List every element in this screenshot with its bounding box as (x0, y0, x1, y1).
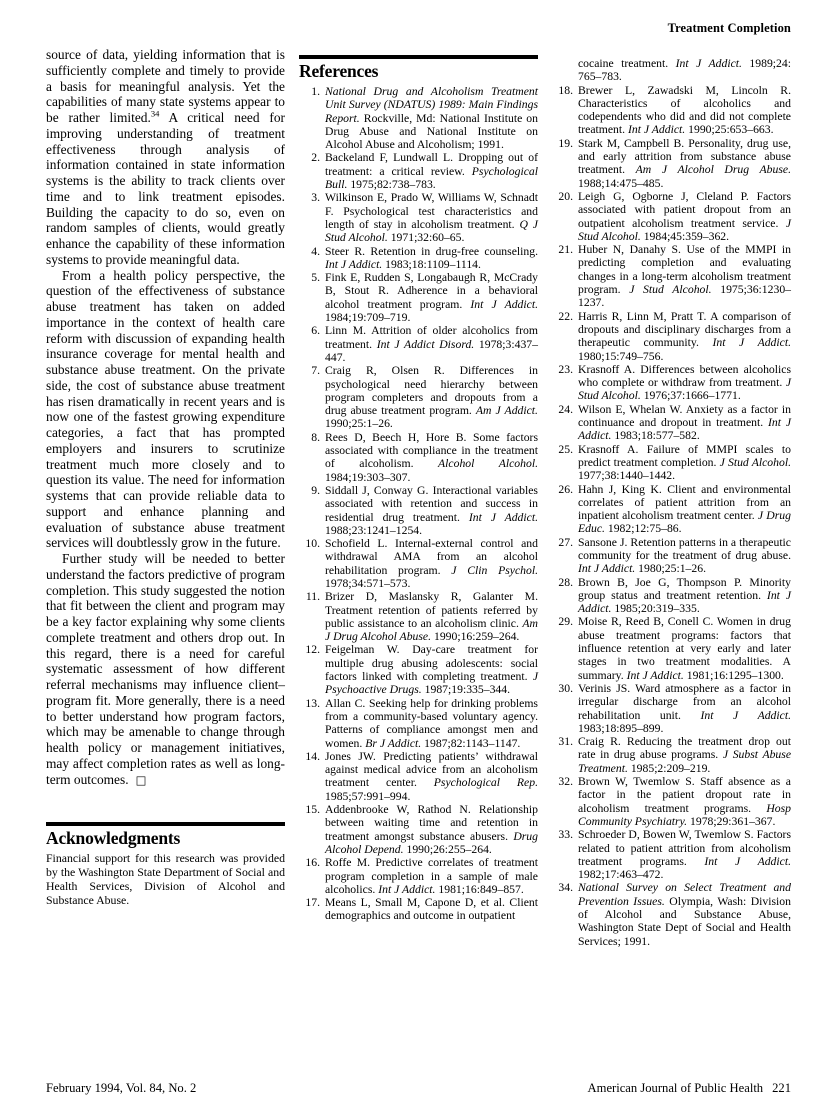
reference-number: 31. (552, 735, 573, 775)
reference-text: Leigh G, Ogborne J, Cleland P. Factors a… (578, 190, 791, 243)
reference-number: 18. (552, 84, 573, 137)
reference-item: 25.Krasnoff A. Failure of MMPI scales to… (552, 443, 791, 483)
reference-number: 30. (552, 682, 573, 735)
reference-text: Craig R. Reducing the treatment drop out… (578, 735, 791, 775)
reference-text: Rees D, Beech H, Hore B. Some factors as… (325, 431, 538, 484)
reference-item: 29.Moise R, Reed B, Conell C. Women in d… (552, 615, 791, 681)
reference-text: Brown B, Joe G, Thompson P. Minority gro… (578, 576, 791, 616)
reference-item: 28.Brown B, Joe G, Thompson P. Minority … (552, 576, 791, 616)
reference-number: 7. (299, 364, 320, 430)
reference-item: 4.Steer R. Retention in drug-free counse… (299, 245, 538, 272)
reference-item: 17.Means L, Small M, Capone D, et al. Cl… (299, 896, 538, 923)
reference-text: National Drug and Alcoholism Treatment U… (325, 85, 538, 151)
reference-text: Feigelman W. Day-care treatment for mult… (325, 643, 538, 696)
reference-item: 1.National Drug and Alcoholism Treatment… (299, 85, 538, 151)
reference-text: Siddall J, Conway G. Interactional varia… (325, 484, 538, 537)
reference-number: 9. (299, 484, 320, 537)
reference-number: 34. (552, 881, 573, 947)
reference-list-2: 18.Brewer L, Zawadski M, Lincoln R. Char… (552, 84, 791, 948)
reference-number: 2. (299, 151, 320, 191)
reference-text: Means L, Small M, Capone D, et al. Clien… (325, 896, 538, 923)
references-heading: References (299, 59, 538, 85)
reference-number: 10. (299, 537, 320, 590)
reference-text: Backeland F, Lundwall L. Dropping out of… (325, 151, 538, 191)
reference-number: 26. (552, 483, 573, 536)
reference-item: 16.Roffe M. Predictive correlates of tre… (299, 856, 538, 896)
reference-text: Brewer L, Zawadski M, Lincoln R. Charact… (578, 84, 791, 137)
reference-item: 12.Feigelman W. Day-care treatment for m… (299, 643, 538, 696)
reference-text: National Survey on Select Treatment and … (578, 881, 791, 947)
reference-text: Jones JW. Predicting patients’ withdrawa… (325, 750, 538, 803)
reference-item: 18.Brewer L, Zawadski M, Lincoln R. Char… (552, 84, 791, 137)
reference-text: Brown W, Twemlow S. Staff absence as a f… (578, 775, 791, 828)
reference-list-1: 1.National Drug and Alcoholism Treatment… (299, 85, 538, 923)
reference-item: 33.Schroeder D, Bowen W, Twemlow S. Fact… (552, 828, 791, 881)
reference-item: 23.Krasnoff A. Differences between alcoh… (552, 363, 791, 403)
acknowledgments-section: Acknowledgments Financial support for th… (46, 822, 285, 908)
article-paragraph: From a health policy perspective, the qu… (46, 268, 285, 552)
reference-text: Krasnoff A. Failure of MMPI scales to pr… (578, 443, 791, 483)
references-column-1: References 1.National Drug and Alcoholis… (299, 47, 538, 948)
reference-item: 9.Siddall J, Conway G. Interactional var… (299, 484, 538, 537)
reference-number: 1. (299, 85, 320, 151)
acknowledgments-text: Financial support for this research was … (46, 852, 285, 908)
reference-number: 6. (299, 324, 320, 364)
reference-number: 22. (552, 310, 573, 363)
reference-item: 34.National Survey on Select Treatment a… (552, 881, 791, 947)
reference-number: 32. (552, 775, 573, 828)
reference-item: 10.Schofield L. Internal-external contro… (299, 537, 538, 590)
reference-item: 19.Stark M, Campbell B. Personality, dru… (552, 137, 791, 190)
reference-item: 8.Rees D, Beech H, Hore B. Some factors … (299, 431, 538, 484)
reference-text: Harris R, Linn M, Pratt T. A comparison … (578, 310, 791, 363)
journal-page: Treatment Completion source of data, yie… (0, 0, 816, 1111)
reference-number: 16. (299, 856, 320, 896)
reference-item: 11.Brizer D, Maslansky R, Galanter M. Tr… (299, 590, 538, 643)
reference-item: 14.Jones JW. Predicting patients’ withdr… (299, 750, 538, 803)
reference-number: 3. (299, 191, 320, 244)
article-paragraph: source of data, yielding information tha… (46, 47, 285, 268)
reference-item: 5.Fink E, Rudden S, Longabaugh R, McCrad… (299, 271, 538, 324)
reference-number: 25. (552, 443, 573, 483)
reference-text: Verinis JS. Ward atmosphere as a factor … (578, 682, 791, 735)
reference-number: 11. (299, 590, 320, 643)
reference-item: 13.Allan C. Seeking help for drinking pr… (299, 697, 538, 750)
reference-text: Allan C. Seeking help for drinking probl… (325, 697, 538, 750)
footer-journal-info: American Journal of Public Health221 (588, 1081, 791, 1096)
reference-item: 31.Craig R. Reducing the treatment drop … (552, 735, 791, 775)
running-title: Treatment Completion (668, 21, 791, 36)
reference-text: Fink E, Rudden S, Longabaugh R, McCrady … (325, 271, 538, 324)
reference-text: Schroeder D, Bowen W, Twemlow S. Factors… (578, 828, 791, 881)
reference-item: 32.Brown W, Twemlow S. Staff absence as … (552, 775, 791, 828)
reference-text: Linn M. Attrition of older alcoholics fr… (325, 324, 538, 364)
reference-text: Brizer D, Maslansky R, Galanter M. Treat… (325, 590, 538, 643)
reference-text: Huber N, Danahy S. Use of the MMPI in pr… (578, 243, 791, 309)
acknowledgments-heading: Acknowledgments (46, 826, 285, 852)
reference-item: 22.Harris R, Linn M, Pratt T. A comparis… (552, 310, 791, 363)
reference-number: 13. (299, 697, 320, 750)
reference-item: 20.Leigh G, Ogborne J, Cleland P. Factor… (552, 190, 791, 243)
left-column: source of data, yielding information tha… (46, 47, 285, 948)
reference-number: 12. (299, 643, 320, 696)
page-number: 221 (772, 1081, 791, 1095)
reference-item: 26.Hahn J, King K. Client and environmen… (552, 483, 791, 536)
reference-text: Roffe M. Predictive correlates of treatm… (325, 856, 538, 896)
footer-issue-info: February 1994, Vol. 84, No. 2 (46, 1081, 196, 1096)
reference-item: 7.Craig R, Olsen R. Differences in psych… (299, 364, 538, 430)
reference-number: 27. (552, 536, 573, 576)
reference-continuation: cocaine treatment. Int J Addict. 1989;24… (578, 47, 791, 84)
reference-text: Wilson E, Whelan W. Anxiety as a factor … (578, 403, 791, 443)
reference-item: 3.Wilkinson E, Prado W, Williams W, Schn… (299, 191, 538, 244)
reference-number: 4. (299, 245, 320, 272)
reference-text: Schofield L. Internal-external control a… (325, 537, 538, 590)
reference-item: 24.Wilson E, Whelan W. Anxiety as a fact… (552, 403, 791, 443)
article-paragraph: Further study will be needed to better u… (46, 551, 285, 788)
reference-text: Sansone J. Retention patterns in a thera… (578, 536, 791, 576)
reference-item: 2.Backeland F, Lundwall L. Dropping out … (299, 151, 538, 191)
reference-text: Craig R, Olsen R. Differences in psychol… (325, 364, 538, 430)
reference-number: 15. (299, 803, 320, 856)
reference-number: 21. (552, 243, 573, 309)
reference-item: 6.Linn M. Attrition of older alcoholics … (299, 324, 538, 364)
reference-text: Wilkinson E, Prado W, Williams W, Schnad… (325, 191, 538, 244)
reference-number: 20. (552, 190, 573, 243)
article-paragraphs: source of data, yielding information tha… (46, 47, 285, 788)
reference-number: 29. (552, 615, 573, 681)
reference-number: 33. (552, 828, 573, 881)
reference-text: Moise R, Reed B, Conell C. Women in drug… (578, 615, 791, 681)
reference-text: Krasnoff A. Differences between alcoholi… (578, 363, 791, 403)
reference-item: 27.Sansone J. Retention patterns in a th… (552, 536, 791, 576)
reference-number: 17. (299, 896, 320, 923)
reference-number: 19. (552, 137, 573, 190)
journal-name: American Journal of Public Health (588, 1081, 764, 1095)
reference-text: Stark M, Campbell B. Personality, drug u… (578, 137, 791, 190)
reference-item: 30.Verinis JS. Ward atmosphere as a fact… (552, 682, 791, 735)
reference-text: Steer R. Retention in drug-free counseli… (325, 245, 538, 272)
reference-text: Hahn J, King K. Client and environmental… (578, 483, 791, 536)
reference-number: 28. (552, 576, 573, 616)
reference-number: 8. (299, 431, 320, 484)
reference-text: Addenbrooke W, Rathod N. Relationship be… (325, 803, 538, 856)
reference-number: 24. (552, 403, 573, 443)
reference-number: 5. (299, 271, 320, 324)
reference-number: 23. (552, 363, 573, 403)
reference-item: 15.Addenbrooke W, Rathod N. Relationship… (299, 803, 538, 856)
page-columns: source of data, yielding information tha… (46, 47, 791, 948)
reference-number: 14. (299, 750, 320, 803)
reference-item: 21.Huber N, Danahy S. Use of the MMPI in… (552, 243, 791, 309)
references-column-2: cocaine treatment. Int J Addict. 1989;24… (552, 47, 791, 948)
